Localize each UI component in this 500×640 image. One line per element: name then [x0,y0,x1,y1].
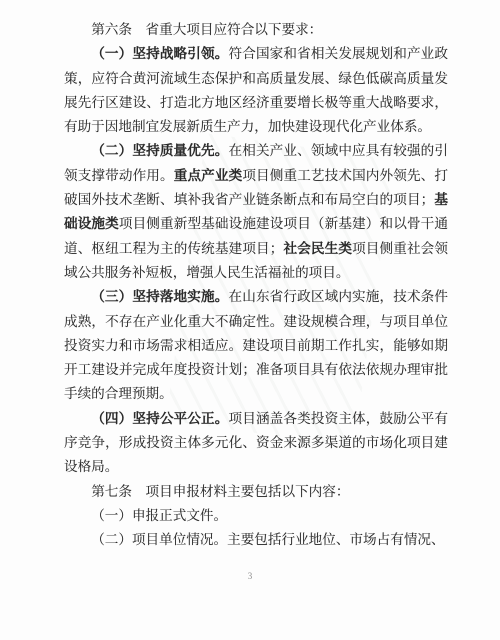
paragraph: （一）申报正式文件。 [64,504,448,528]
paragraph: （二）坚持质量优先。在相关产业、领域中应具有较强的引领支撑带动作用。重点产业类项… [64,139,448,285]
body-text: （一）申报正式文件。 [91,508,227,523]
page-number: 3 [0,570,500,582]
paragraph: 第七条 项目申报材料主要包括以下内容： [64,480,448,504]
paragraph: 第六条 省重大项目应符合以下要求： [64,18,448,42]
emphasis-text: （一）坚持战略引领。 [91,46,228,61]
body-text: 在山东省行政区域内实施，技术条件成熟，不存在产业化重大不确定性。建设规模合理，与… [64,289,448,401]
body-text: （二）项目单位情况。主要包括行业地位、市场占有情况、 [91,532,444,547]
emphasis-text: （三）坚持落地实施。 [91,289,228,304]
document-body: 第六条 省重大项目应符合以下要求：（一）坚持战略引领。符合国家和省相关发展规划和… [64,18,448,553]
paragraph: （一）坚持战略引领。符合国家和省相关发展规划和产业政策，应符合黄河流域生态保护和… [64,42,448,139]
paragraph: （四）坚持公平公正。项目涵盖各类投资主体，鼓励公平有序竞争，形成投资主体多元化、… [64,407,448,480]
emphasis-text: 重点产业类 [174,168,243,183]
paragraph: （三）坚持落地实施。在山东省行政区域内实施，技术条件成熟，不存在产业化重大不确定… [64,285,448,406]
emphasis-text: （四）坚持公平公正。 [91,411,228,426]
body-text: 第七条 项目申报材料主要包括以下内容： [91,484,349,499]
body-text: 第六条 省重大项目应符合以下要求： [91,22,322,37]
emphasis-text: （二）坚持质量优先。 [91,143,228,158]
emphasis-text: 社会民生类 [283,241,352,256]
paragraph: （二）项目单位情况。主要包括行业地位、市场占有情况、 [64,528,448,552]
document-page: 第六条 省重大项目应符合以下要求：（一）坚持战略引领。符合国家和省相关发展规划和… [0,0,500,640]
